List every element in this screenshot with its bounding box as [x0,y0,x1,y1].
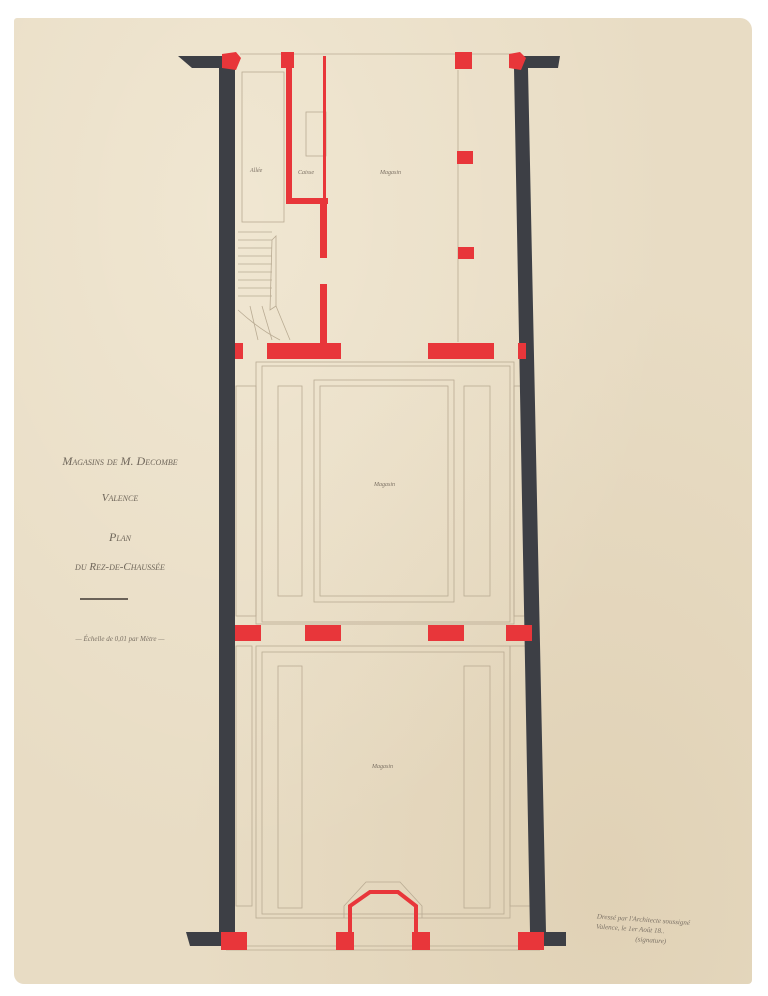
right-party-wall [514,56,560,932]
room-label-magasin-lower: Magasin [372,764,393,770]
pier-bottom-2 [336,932,354,950]
room-label-allee: Allée [250,168,262,174]
inner-walls [221,52,544,950]
beam2-pier-1 [235,625,261,641]
caisse-wall-left [286,68,292,202]
column-2 [458,247,474,259]
beam1-pier-2 [267,343,341,359]
room-label-caisse: Caisse [298,170,314,176]
scale-note: — Échelle de 0,01 par Mètre — [30,635,210,643]
beam1-pier-left [235,343,243,359]
left-party-wall [219,56,235,932]
beam2-pier-3 [428,625,464,641]
pier-top-2 [281,52,294,68]
pier-top-left [222,52,241,70]
title-underline [80,598,128,600]
room-label-magasin-upper: Magasin [380,170,401,176]
staircase [238,232,290,340]
title-level: du Rez-de-Chaussée [30,561,210,573]
beam2-pier-4 [506,625,532,641]
room-label-magasin-middle: Magasin [374,482,395,488]
entrance-bay-wall [350,892,416,932]
beam1-pier-3 [428,343,494,359]
pier-bottom-1 [221,932,247,950]
title-plan: Plan [30,530,210,545]
title-city: Valence [30,492,210,504]
column-1 [457,151,473,164]
caisse-wall-right-thin [323,56,326,204]
pier-bottom-3 [412,932,430,950]
partition-lower [320,284,327,344]
beam1-pier-right [518,343,526,359]
pier-bottom-4 [518,932,544,950]
partition-upper [320,198,327,258]
beam2-pier-2 [305,625,341,641]
pencil-lines [226,54,540,950]
title-owner: Magasins de M. Decombe [30,454,210,469]
pier-top-3 [455,52,472,69]
